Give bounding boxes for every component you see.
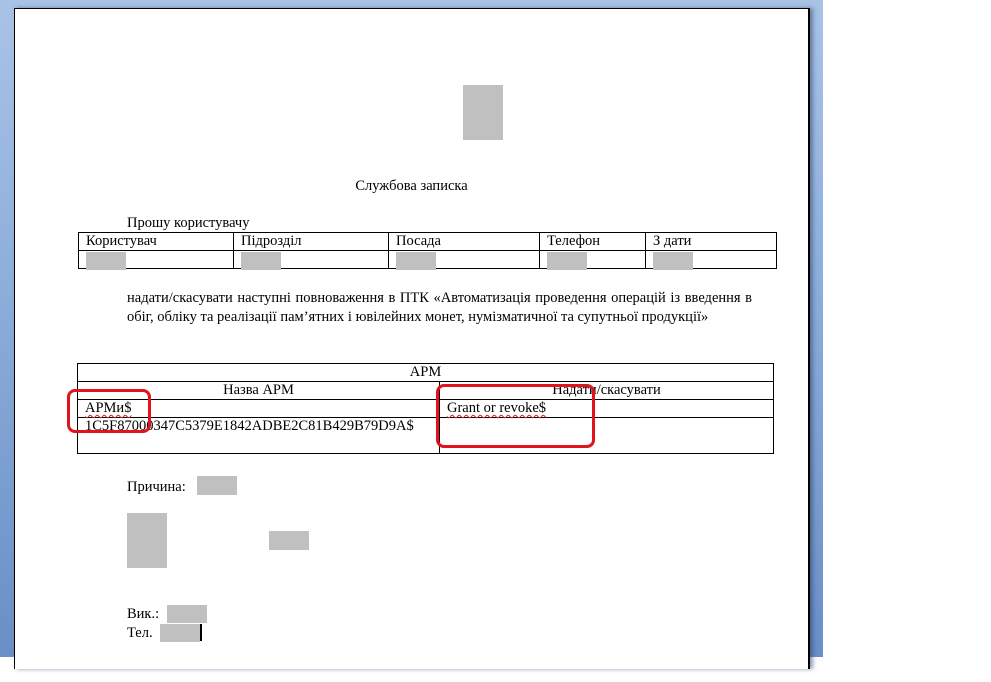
request-intro: Прошу користувачу	[127, 215, 249, 232]
header-arm-name: Назва АРМ	[78, 382, 440, 400]
user-table-row	[79, 251, 777, 269]
header-user: Користувач	[79, 233, 234, 251]
header-department: Підрозділ	[234, 233, 389, 251]
executor-label: Вик.:	[127, 606, 159, 623]
arm-name-field: АРМи$	[85, 400, 131, 416]
cell-from-date[interactable]	[646, 251, 777, 269]
arm-table-title-row: АРМ	[78, 364, 774, 382]
document-page[interactable]: Службова записка Прошу користувачу Корис…	[14, 8, 810, 669]
user-table-header-row: Користувач Підрозділ Посада Телефон З да…	[79, 233, 777, 251]
redacted-position	[396, 252, 436, 270]
body-paragraph: надати/скасувати наступні повноваження в…	[127, 289, 752, 327]
redacted-from-date	[653, 252, 693, 270]
arm-action-field: Grant or revoke$	[447, 400, 546, 416]
redacted-signature-name	[269, 531, 309, 550]
arm-table-header-row: Назва АРМ Надати/скасувати	[78, 382, 774, 400]
cell-phone[interactable]	[540, 251, 646, 269]
reason-label: Причина:	[127, 479, 186, 496]
redacted-executor	[167, 605, 207, 623]
cell-arm-name[interactable]: АРМи$	[78, 400, 440, 418]
header-phone: Телефон	[540, 233, 646, 251]
header-grant-revoke: Надати/скасувати	[440, 382, 774, 400]
cell-user[interactable]	[79, 251, 234, 269]
cell-position[interactable]	[389, 251, 540, 269]
arm-table: АРМ Назва АРМ Надати/скасувати АРМи$ Gra…	[77, 363, 774, 454]
header-position: Посада	[389, 233, 540, 251]
arm-table-row: АРМи$ Grant or revoke$	[78, 400, 774, 418]
phone-label: Тел.	[127, 625, 153, 642]
redacted-reason	[197, 476, 237, 495]
arm-table-row: 1C5F87000347C5379E1842ADBE2C81B429B79D9A…	[78, 418, 774, 454]
text-cursor	[200, 624, 202, 641]
cell-arm-action[interactable]: Grant or revoke$	[440, 400, 774, 418]
redacted-department	[241, 252, 281, 270]
redacted-logo	[463, 85, 503, 140]
user-table: Користувач Підрозділ Посада Телефон З да…	[78, 232, 777, 269]
redacted-phone	[547, 252, 587, 270]
redacted-executor-phone	[160, 624, 200, 642]
header-from-date: З дати	[646, 233, 777, 251]
document-title: Службова записка	[15, 178, 808, 195]
redacted-user	[86, 252, 126, 270]
arm-table-title: АРМ	[78, 364, 774, 382]
cell-arm-id-action[interactable]	[440, 418, 774, 454]
cell-arm-id[interactable]: 1C5F87000347C5379E1842ADBE2C81B429B79D9A…	[78, 418, 440, 454]
cell-department[interactable]	[234, 251, 389, 269]
redacted-signature-block	[127, 513, 167, 568]
